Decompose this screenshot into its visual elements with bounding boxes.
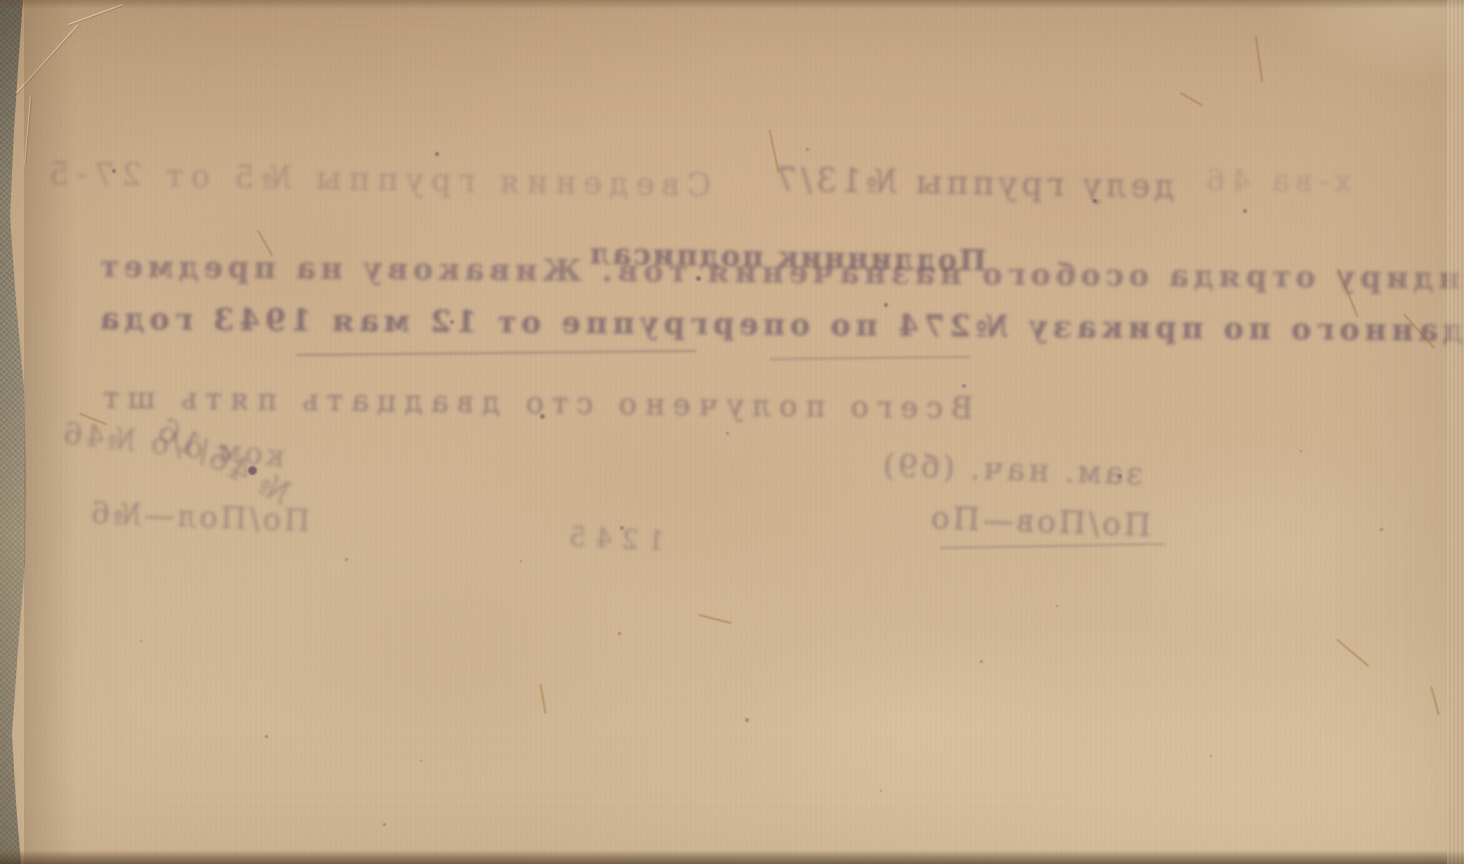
photo-vignette [0, 0, 1464, 864]
scanned-document: Сведения группы №5 от 27-5делу группы №1… [0, 0, 1464, 864]
